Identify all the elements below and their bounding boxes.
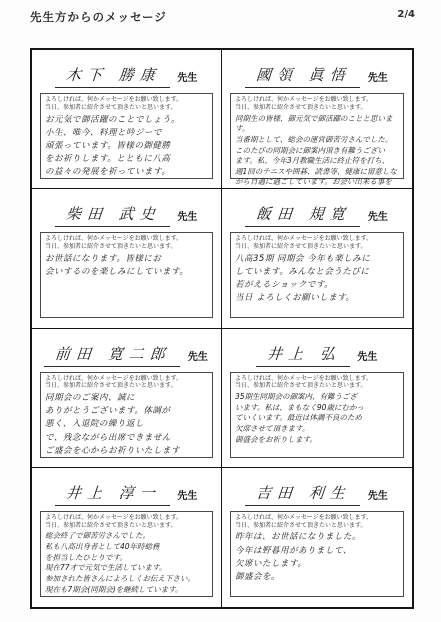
name-row: 前田 寛二郎 先生 — [40, 334, 213, 367]
name-row: 飯田 規寛 先生 — [230, 194, 404, 227]
prompt-text: よろしければ、何かメッセージをお願い致します。 当日、参加者に紹介させて頂きたい… — [235, 235, 399, 251]
prompt-text: よろしければ、何かメッセージをお願い致します。 当日、参加者に紹介させて頂きたい… — [235, 375, 399, 391]
message-box: よろしければ、何かメッセージをお願い致します。 当日、参加者に紹介させて頂きたい… — [230, 511, 404, 597]
prompt-text: よろしければ、何かメッセージをお願い致します。 当日、参加者に紹介させて頂きたい… — [235, 514, 399, 530]
prompt-text: よろしければ、何かメッセージをお願い致します。 当日、参加者に紹介させて頂きたい… — [45, 96, 208, 112]
teacher-name: 吉田 利生 — [245, 482, 362, 506]
message-text: 八高35期 同期会 今年も楽しみに しています。みんなと会うたびに 若がえるショ… — [235, 253, 399, 306]
message-text: 同期会のご案内、誠に ありがとうございます。体調が 悪く、入退院の繰り返し で、… — [45, 392, 208, 458]
message-text: お世話になります。皆様にお 会いするのを楽しみにしています。 — [45, 253, 208, 279]
teacher-name: 國領 眞悟 — [245, 64, 362, 88]
teacher-name: 柴田 武史 — [55, 203, 172, 227]
teacher-name: 木下 勝康 — [55, 64, 172, 88]
name-row: 國領 眞悟 先生 — [230, 55, 404, 88]
honorific-label: 先生 — [368, 487, 388, 506]
message-text: 35期生同期会の御案内、有難うござ います。私は、まもなく90歳にむかっ ていく… — [235, 392, 399, 445]
honorific-label: 先生 — [188, 348, 208, 367]
page-title: 先生方からのメッセージ — [30, 9, 167, 25]
teacher-card: 前田 寛二郎 先生 よろしければ、何かメッセージをお願い致します。 当日、参加者… — [32, 329, 222, 468]
teacher-card: 飯田 規寛 先生 よろしければ、何かメッセージをお願い致します。 当日、参加者に… — [222, 189, 412, 328]
teacher-card: 井上 淳一 先生 よろしければ、何かメッセージをお願い致します。 当日、参加者に… — [32, 468, 222, 607]
message-box: よろしければ、何かメッセージをお願い致します。 当日、参加者に紹介させて頂きたい… — [40, 372, 213, 458]
honorific-label: 先生 — [357, 348, 377, 367]
teacher-card: 井上 弘 先生 よろしければ、何かメッセージをお願い致します。 当日、参加者に紹… — [222, 329, 412, 468]
document-page: 先生方からのメッセージ 2/4 木下 勝康 先生 よろしければ、何かメッセージを… — [0, 0, 441, 622]
prompt-text: よろしければ、何かメッセージをお願い致します。 当日、参加者に紹介させて頂きたい… — [235, 96, 399, 112]
honorific-label: 先生 — [177, 208, 197, 227]
message-box: よろしければ、何かメッセージをお願い致します。 当日、参加者に紹介させて頂きたい… — [230, 232, 404, 318]
teacher-card: 柴田 武史 先生 よろしければ、何かメッセージをお願い致します。 当日、参加者に… — [32, 189, 222, 328]
teacher-name: 井上 淳一 — [55, 482, 172, 506]
name-row: 吉田 利生 先生 — [230, 473, 404, 506]
teacher-name: 前田 寛二郎 — [44, 343, 182, 367]
message-box: よろしければ、何かメッセージをお願い致します。 当日、参加者に紹介させて頂きたい… — [230, 372, 404, 458]
page-header: 先生方からのメッセージ 2/4 — [30, 9, 415, 25]
name-row: 井上 弘 先生 — [230, 334, 404, 367]
teacher-name: 飯田 規寛 — [245, 203, 362, 227]
teacher-card: 木下 勝康 先生 よろしければ、何かメッセージをお願い致します。 当日、参加者に… — [32, 50, 222, 189]
message-box: よろしければ、何かメッセージをお願い致します。 当日、参加者に紹介させて頂きたい… — [230, 93, 404, 179]
message-box: よろしければ、何かメッセージをお願い致します。 当日、参加者に紹介させて頂きたい… — [40, 93, 213, 179]
teacher-card: 國領 眞悟 先生 よろしければ、何かメッセージをお願い致します。 当日、参加者に… — [222, 50, 412, 189]
message-text: 昨年は、お世話になりました。 今年は野暮用がありまして、 欠席いたします。 御盛… — [235, 531, 399, 584]
teacher-card: 吉田 利生 先生 よろしければ、何かメッセージをお願い致します。 当日、参加者に… — [222, 468, 412, 607]
honorific-label: 先生 — [177, 69, 197, 88]
prompt-text: よろしければ、何かメッセージをお願い致します。 当日、参加者に紹介させて頂きたい… — [45, 235, 208, 251]
name-row: 柴田 武史 先生 — [40, 194, 213, 227]
message-table: 木下 勝康 先生 よろしければ、何かメッセージをお願い致します。 当日、参加者に… — [30, 48, 414, 609]
message-text: 総会終了で御苦労さんでした。 私も八高出身者として40年時総務 を担当したひとり… — [45, 531, 208, 595]
honorific-label: 先生 — [368, 69, 388, 88]
prompt-text: よろしければ、何かメッセージをお願い致します。 当日、参加者に紹介させて頂きたい… — [45, 375, 208, 391]
name-row: 井上 淳一 先生 — [40, 473, 213, 506]
message-box: よろしければ、何かメッセージをお願い致します。 当日、参加者に紹介させて頂きたい… — [40, 511, 213, 597]
message-text: 同期生の皆様、御元気で御活躍のことと思います。 当番期として、総会の運営御苦労さ… — [235, 114, 399, 190]
message-text: お元気で御活躍のことでしょう。 小生、唯今、料理と吟ジーで 頑張っています。皆様… — [45, 114, 208, 180]
name-row: 木下 勝康 先生 — [40, 55, 213, 88]
teacher-name: 井上 弘 — [256, 343, 352, 367]
page-number: 2/4 — [397, 9, 415, 20]
honorific-label: 先生 — [368, 208, 388, 227]
prompt-text: よろしければ、何かメッセージをお願い致します。 当日、参加者に紹介させて頂きたい… — [45, 514, 208, 530]
message-box: よろしければ、何かメッセージをお願い致します。 当日、参加者に紹介させて頂きたい… — [40, 232, 213, 318]
honorific-label: 先生 — [177, 487, 197, 506]
